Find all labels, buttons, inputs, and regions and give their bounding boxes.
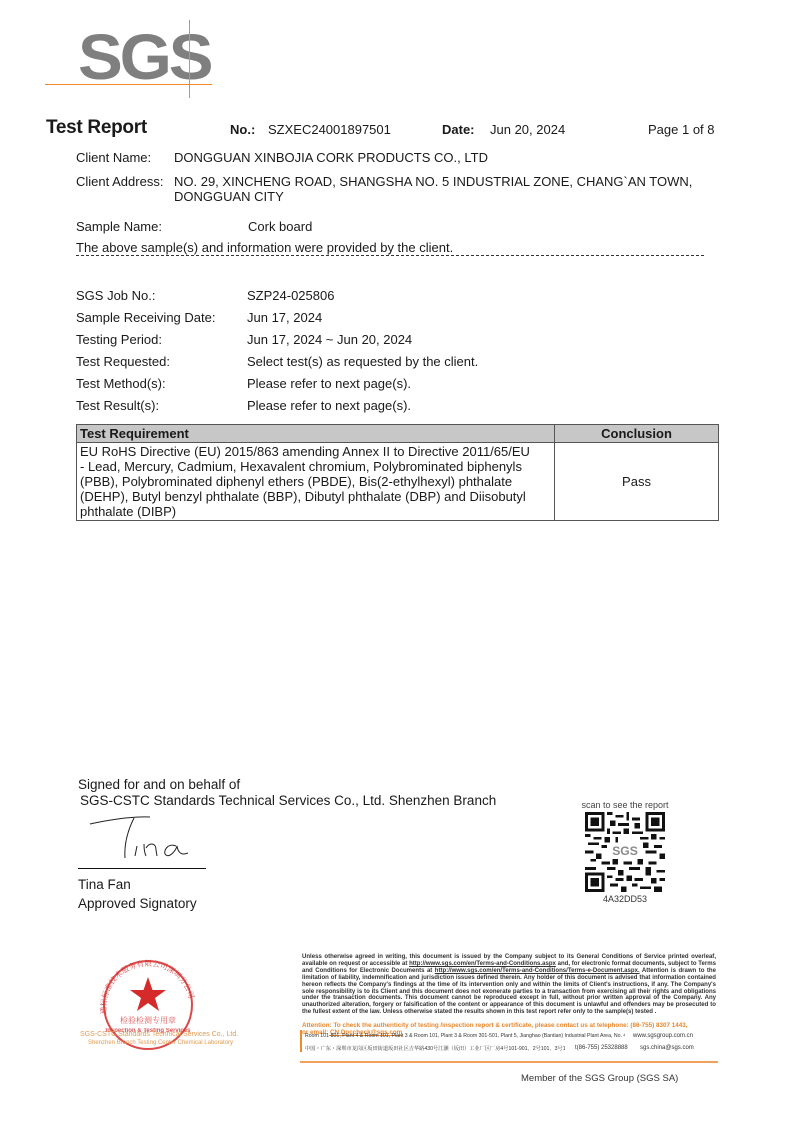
report-date: Jun 20, 2024 <box>490 122 565 137</box>
qr-caption: scan to see the report <box>577 800 673 810</box>
info-value: Please refer to next page(s). <box>247 398 411 413</box>
table-row: EU RoHS Directive (EU) 2015/863 amending… <box>77 443 719 521</box>
info-label: Test Method(s): <box>76 376 166 391</box>
conclusion-cell: Pass <box>555 443 719 521</box>
verification-qr-code[interactable]: scan to see the report SGS 4A32DD53 <box>577 800 697 905</box>
test-requirement-table: Test Requirement Conclusion EU RoHS Dire… <box>76 424 719 521</box>
info-value: SZP24-025806 <box>247 288 334 303</box>
stamp-company-name: SGS-CSTC Standards Technical Services Co… <box>80 1031 238 1038</box>
sample-name-label: Sample Name: <box>76 219 162 234</box>
requirement-cell: EU RoHS Directive (EU) 2015/863 amending… <box>77 443 555 521</box>
phone-number: t(86-755) 25328888 <box>575 1045 628 1051</box>
sgs-logo: SGS <box>45 18 215 100</box>
svg-text:SGS: SGS <box>612 844 638 858</box>
qr-code-icon: SGS <box>580 812 670 892</box>
report-number: SZXEC24001897501 <box>268 122 391 137</box>
footer-orange-rule <box>300 1061 718 1063</box>
info-value: Select test(s) as requested by the clien… <box>247 354 478 369</box>
handwritten-signature <box>88 812 198 862</box>
requirement-line: phthalate (DIBP) <box>80 504 551 519</box>
client-address-label: Client Address: <box>76 174 163 189</box>
info-value: Jun 17, 2024 <box>247 310 322 325</box>
address-accent-bar <box>300 1030 302 1052</box>
info-value: Jun 17, 2024 ~ Jun 20, 2024 <box>247 332 412 347</box>
signing-company: SGS-CSTC Standards Technical Services Co… <box>80 793 496 808</box>
report-date-label: Date: <box>442 122 475 137</box>
info-label: Sample Receiving Date: <box>76 310 215 325</box>
page-indicator: Page 1 of 8 <box>648 122 715 137</box>
terms-and-conditions-text: Unless otherwise agreed in writing, this… <box>302 954 716 1016</box>
signature-line <box>78 868 206 869</box>
info-label: SGS Job No.: <box>76 288 155 303</box>
table-header-row: Test Requirement Conclusion <box>77 425 719 443</box>
signatory-name: Tina Fan <box>78 877 131 892</box>
requirement-line: (PBB), Polybrominated diphenyl ethers (P… <box>80 474 551 489</box>
contact-email[interactable]: sgs.china@sgs.com <box>640 1045 694 1051</box>
requirement-line: - Lead, Mercury, Cadmium, Hexavalent chr… <box>80 459 551 474</box>
client-address-line2: DONGGUAN CITY <box>174 189 284 204</box>
qr-code-id: 4A32DD53 <box>577 894 673 904</box>
info-label: Testing Period: <box>76 332 162 347</box>
sgs-group-membership: Member of the SGS Group (SGS SA) <box>521 1073 678 1084</box>
info-label: Test Result(s): <box>76 398 159 413</box>
info-label: Test Requested: <box>76 354 170 369</box>
sample-name: Cork board <box>248 219 312 234</box>
client-name-label: Client Name: <box>76 150 151 165</box>
terms-conditions-link[interactable]: http://www.sgs.com/en/Terms-and-Conditio… <box>409 961 556 967</box>
provided-by-client-note: The above sample(s) and information were… <box>76 240 453 255</box>
dashed-separator <box>76 255 704 256</box>
address-chinese: 中国・广东・深圳市龙岗区坂田街道坂田社区吉华路430号江灏（坂田）工业厂区厂房4… <box>305 1045 565 1052</box>
terms-e-document-link[interactable]: http://www.sgs.com/en/Terms-and-Conditio… <box>435 968 640 974</box>
svg-text:检验检测专用章: 检验检测专用章 <box>120 1015 176 1025</box>
logo-horizontal-line <box>45 84 212 85</box>
report-title: Test Report <box>46 117 147 139</box>
column-header-conclusion: Conclusion <box>555 425 719 443</box>
report-number-label: No.: <box>230 122 255 137</box>
signed-on-behalf-label: Signed for and on behalf of <box>78 777 240 792</box>
address-english: Room 101-801, Plant 4 & Room 101, Plant … <box>305 1033 625 1039</box>
stamp-lab-name: Shenzhen Branch Testing Center Chemical … <box>88 1040 233 1046</box>
logo-vertical-line <box>189 20 190 98</box>
logo-text: SGS <box>78 25 210 89</box>
client-name: DONGGUAN XINBOJIA CORK PRODUCTS CO., LTD <box>174 150 488 165</box>
star-icon <box>130 977 166 1011</box>
requirement-line: EU RoHS Directive (EU) 2015/863 amending… <box>80 444 551 459</box>
info-value: Please refer to next page(s). <box>247 376 411 391</box>
column-header-test-requirement: Test Requirement <box>77 425 555 443</box>
website-link[interactable]: www.sgsgroup.com.cn <box>633 1033 693 1039</box>
client-address-line1: NO. 29, XINCHENG ROAD, SHANGSHA NO. 5 IN… <box>174 174 692 189</box>
requirement-line: (DEHP), Butyl benzyl phthalate (BBP), Di… <box>80 489 551 504</box>
signatory-role: Approved Signatory <box>78 896 197 911</box>
